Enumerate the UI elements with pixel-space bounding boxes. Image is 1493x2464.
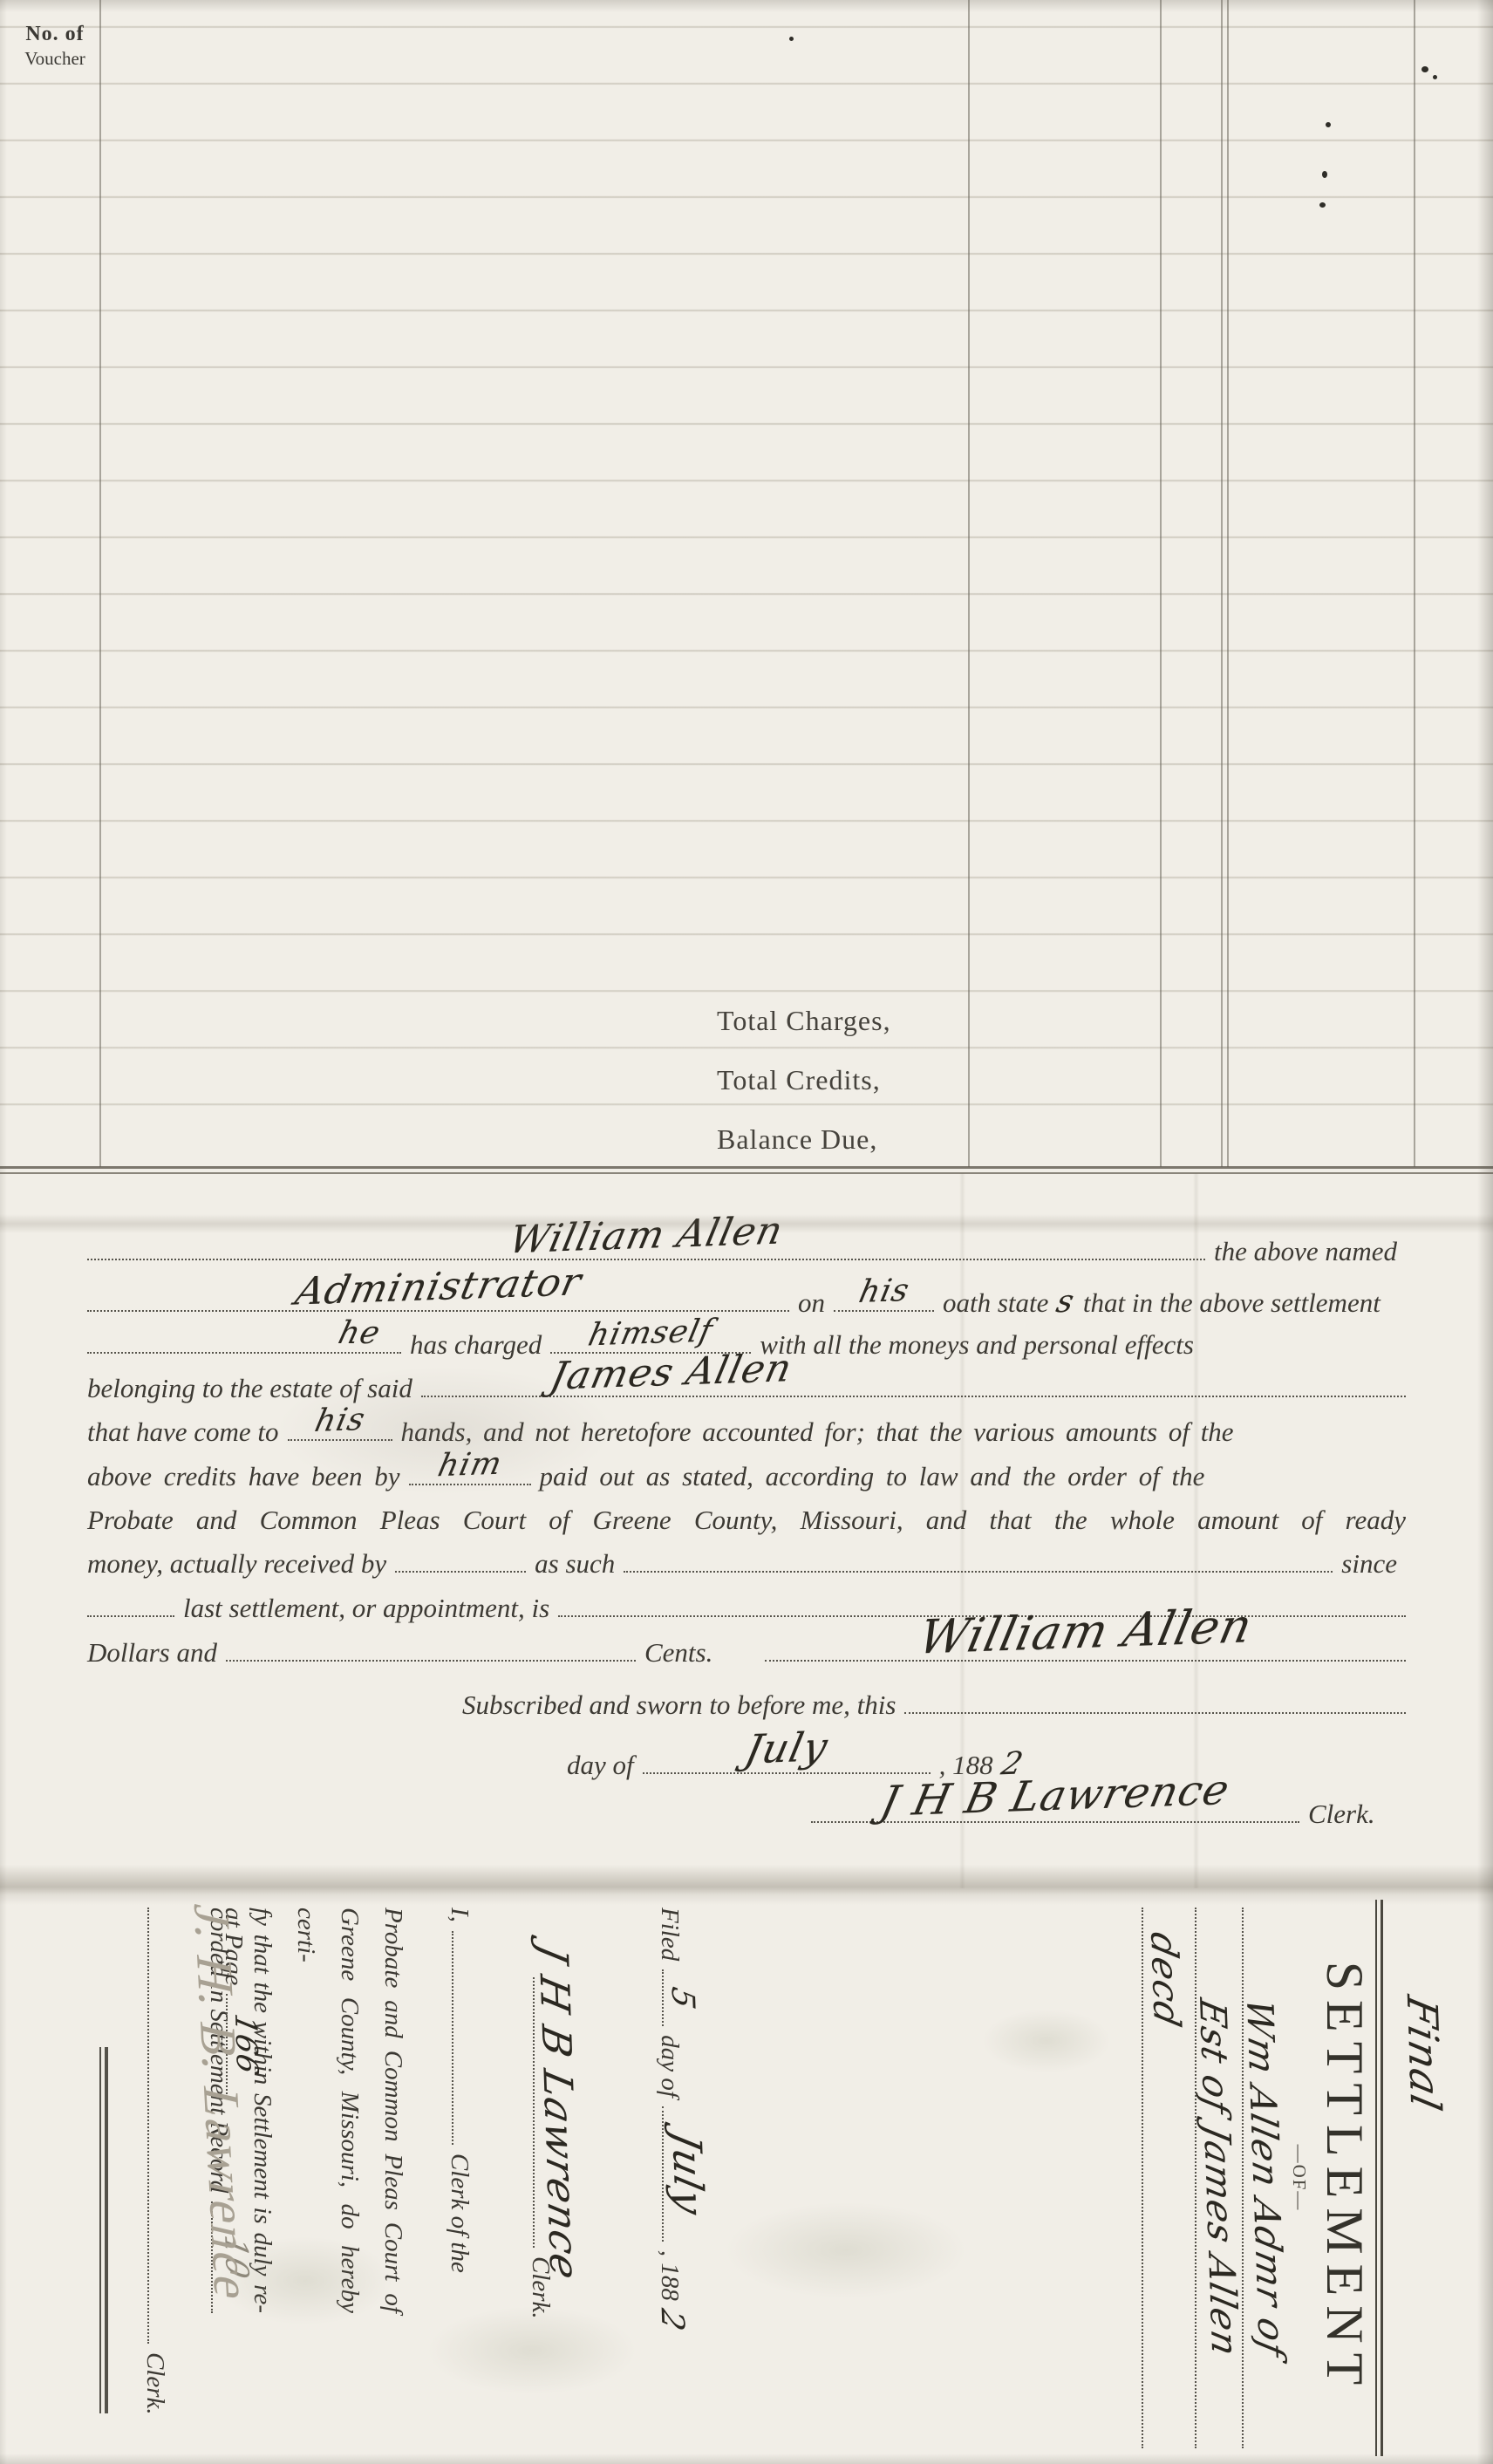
handwritten-party: decd <box>1142 1928 1189 2031</box>
blank-line <box>452 1931 467 2145</box>
paper-edge-shadow <box>1477 0 1493 2464</box>
signature-line: J H B Lawrence <box>533 1977 549 2248</box>
blank-line <box>395 1557 526 1573</box>
docket-i-clerk-line: I, Clerk of the <box>445 1908 474 2326</box>
ledger-vertical-rule <box>1160 0 1162 1167</box>
docket-party-line-1: Wm Allen Admr of <box>1242 1908 1258 2448</box>
printed-text: since <box>1341 1548 1397 1580</box>
ledger-vertical-rule <box>968 0 970 1167</box>
printed-text: as such <box>535 1548 615 1580</box>
blank-line: Est of James Allen <box>1195 1908 1210 2448</box>
blank-line: his <box>834 1296 934 1312</box>
printed-text: that in the above settlement <box>1083 1287 1381 1319</box>
ledger-vertical-rule <box>99 0 101 1167</box>
affidavit-line-2: Administrator on his oath state s that i… <box>87 1284 1406 1320</box>
paper-edge-shadow <box>0 0 1493 12</box>
docket-title: SETTLEMENT <box>1314 1894 1374 2461</box>
printed-text: Clerk of the <box>445 2153 474 2273</box>
printed-text: Dollars and <box>87 1637 217 1669</box>
printed-text: I, <box>445 1908 474 1922</box>
spacer <box>721 1661 765 1662</box>
docket-of-label: —OF— <box>1288 1894 1310 2461</box>
spacer <box>87 1822 811 1823</box>
bleed-through-smudge <box>209 2233 401 2329</box>
total-credits-label: Total Credits, <box>717 1064 881 1096</box>
ledger-section: No. of Voucher Total Charges, Total Cred… <box>0 0 1493 1167</box>
docket-party-line-3: decd <box>1142 1908 1157 2448</box>
printed-text: day of <box>655 2035 684 2098</box>
paper-crease <box>959 1173 965 1888</box>
ledger-vertical-rule <box>1227 0 1229 1167</box>
handwritten-himself: himself <box>585 1314 716 1354</box>
double-horizontal-rule <box>0 1166 1493 1174</box>
signature-line <box>147 1908 163 2344</box>
docket-double-rule-bottom <box>99 2047 108 2413</box>
blank-line <box>624 1557 1333 1573</box>
voucher-header-text: Voucher <box>9 48 101 70</box>
ledger-vertical-rule <box>1414 0 1415 1167</box>
handwritten-day: 5 <box>665 1983 701 2012</box>
blank-line: Administrator <box>87 1296 789 1312</box>
handwritten-s: s <box>1053 1284 1078 1321</box>
affidavit-line-7: Probate and Common Pleas Court of Greene… <box>87 1505 1406 1536</box>
affidavit-subscribed-line: Subscribed and sworn to before me, this <box>87 1689 1406 1721</box>
paper-fold-shadow <box>0 1865 1493 1905</box>
blank-line: 5 <box>662 1969 678 2026</box>
blank-line <box>87 1601 174 1617</box>
spacer <box>87 1713 453 1714</box>
docket-double-rule-top <box>1375 1900 1383 2456</box>
handwritten-month: July <box>663 2128 712 2220</box>
paper-edge-shadow <box>0 2454 1493 2464</box>
handwritten-he: he <box>334 1315 384 1351</box>
printed-text: paid out as stated, according to law and… <box>540 1461 1205 1492</box>
handwritten-month: July <box>740 1723 832 1772</box>
balance-due-label: Balance Due, <box>717 1123 877 1156</box>
printed-text: the above named <box>1214 1236 1397 1267</box>
ink-speck <box>1322 171 1327 178</box>
printed-text: with all the moneys and personal effects <box>760 1329 1194 1361</box>
ink-speck <box>1421 66 1428 72</box>
bleed-through-smudge <box>715 2198 977 2303</box>
printed-text: has charged <box>410 1329 542 1361</box>
printed-text: on <box>798 1287 825 1319</box>
docket-party-line-2: Est of James Allen <box>1195 1908 1210 2448</box>
ink-speck <box>1433 75 1437 79</box>
paper-crease <box>0 1214 1493 1233</box>
handwritten-final: Final <box>1397 1991 1449 2115</box>
signature-line: J H B Lawrence <box>811 1807 1299 1823</box>
handwritten-party: Wm Allen Admr of <box>1238 1995 1293 2361</box>
affidavit-line-10: Dollars and Cents. William Allen <box>87 1637 1406 1669</box>
total-charges-label: Total Charges, <box>717 1005 891 1037</box>
printed-text: Filed <box>655 1908 684 1961</box>
ledger-vertical-rule <box>1221 0 1223 1167</box>
handwritten-clerk-signature: J H B Lawrence <box>529 1941 588 2284</box>
paper-crease <box>1193 1173 1199 1888</box>
printed-text: last settlement, or appointment, is <box>183 1593 549 1624</box>
printed-text: , 188 <box>655 2250 684 2301</box>
handwritten-year-digit: 2 <box>654 2305 691 2334</box>
docket-filed-line: Filed 5 day of July , 188 2 <box>654 1908 690 2361</box>
bleed-through-smudge <box>977 2006 1116 2076</box>
blank-line: he <box>87 1338 401 1354</box>
blank-line: decd <box>1142 1908 1157 2448</box>
affidavit-line-8: money, actually received by as such sinc… <box>87 1548 1406 1580</box>
ink-speck <box>789 37 794 41</box>
scanned-settlement-document: No. of Voucher Total Charges, Total Cred… <box>0 0 1493 2464</box>
printed-text: Probate and Common Pleas Court of Greene… <box>87 1505 1406 1535</box>
blank-line: William Allen <box>87 1245 1205 1260</box>
handwritten-his: his <box>856 1273 912 1310</box>
affidavit-clerk-line: J H B Lawrence Clerk. <box>87 1799 1406 1830</box>
blank-line: July <box>662 2106 678 2242</box>
affidavit-line-1: William Allen the above named <box>87 1236 1406 1267</box>
signature-line: William Allen <box>765 1646 1406 1662</box>
printed-text: day of <box>567 1750 634 1781</box>
ink-speck <box>1319 202 1326 208</box>
printed-text: Clerk. <box>140 2352 169 2415</box>
blank-line: July <box>643 1758 931 1774</box>
blank-line: Wm Allen Admr of <box>1242 1908 1258 2448</box>
bleed-through-smudge <box>262 1361 628 1500</box>
blank-line <box>226 1646 636 1662</box>
printed-text: Clerk. <box>1308 1799 1375 1830</box>
voucher-column-header: No. of Voucher <box>9 23 101 70</box>
voucher-header-text: No. of <box>9 23 101 46</box>
printed-text: Subscribed and sworn to before me, this <box>462 1689 896 1721</box>
docket-panel-rotated: Final SETTLEMENT —OF— Wm Allen Admr of E… <box>0 1894 1493 2461</box>
printed-text: Cents. <box>644 1637 712 1669</box>
handwritten-party: Est of James Allen <box>1191 1996 1246 2361</box>
bleed-through-smudge <box>419 2303 645 2399</box>
ink-speck <box>1326 122 1331 127</box>
spacer <box>87 1773 558 1774</box>
printed-text: that have come to <box>87 1416 279 1448</box>
handwritten-role: Administrator <box>291 1259 585 1314</box>
printed-text: money, actually received by <box>87 1548 386 1580</box>
paper-edge-shadow <box>0 0 7 2464</box>
docket-clerk-signature-line: J H B Lawrence Clerk. <box>526 1908 555 2361</box>
docket-pencil-clerk-line: Clerk. <box>140 1908 169 2448</box>
blank-line <box>904 1698 1406 1714</box>
